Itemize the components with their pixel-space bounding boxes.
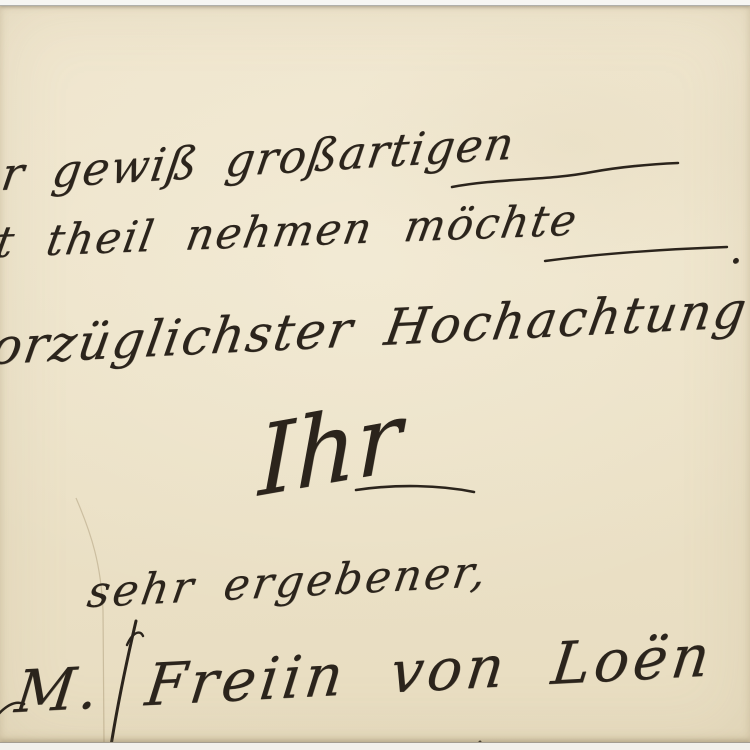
handwriting-line-2-period: . xyxy=(729,224,743,274)
scan-top-edge xyxy=(0,0,750,6)
scan-bottom-edge xyxy=(0,742,750,750)
scanned-letter: r gewiß großartigen t theil nehmen möcht… xyxy=(0,0,750,750)
